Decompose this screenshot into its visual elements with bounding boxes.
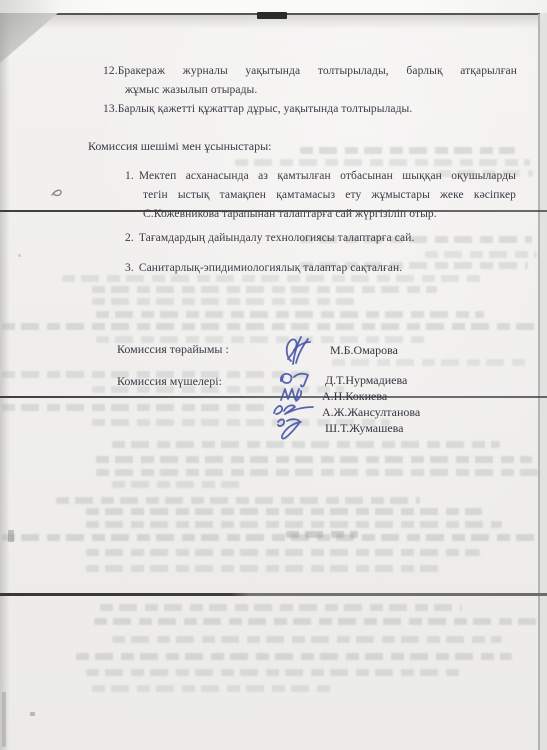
- item-13-number: 13.: [103, 103, 118, 115]
- decision-2-line: 2.Тағамдардың дайындалу технологиясы тал…: [125, 229, 516, 248]
- bleed-through-line: [76, 653, 512, 660]
- members-label: Комиссия мүшелері:: [117, 374, 222, 389]
- bleed-through-line: [86, 565, 442, 572]
- scan-speck: [30, 712, 35, 716]
- bleed-through-line: [100, 604, 462, 611]
- bleed-through-line: [112, 481, 240, 488]
- horizontal-rule-2: [0, 396, 547, 398]
- member-name-4: Ш.Т.Жумашева: [325, 421, 403, 436]
- item-12-text: Бракераж журналы уақытында толтырылады, …: [118, 65, 517, 77]
- bleed-through-line: [96, 456, 532, 463]
- horizontal-rule-3: [0, 593, 547, 596]
- bleed-through-line: [56, 497, 420, 504]
- decision-1-number: 1.: [125, 170, 134, 182]
- page-right-edge-line: [538, 14, 540, 750]
- decision-1-line-3: С.Кожевникова тарапынан талаптарға сай ж…: [125, 205, 516, 224]
- page-left-edge-shadow: [0, 13, 10, 750]
- decision-2-number: 2.: [125, 232, 134, 244]
- chair-name: М.Б.Омарова: [330, 343, 398, 358]
- item-12-number: 12.: [103, 65, 118, 77]
- bleed-through-line: [92, 685, 332, 692]
- item-12-line-1: 12.Бракераж журналы уақытында толтырылад…: [103, 62, 517, 81]
- bleed-through-line: [332, 359, 528, 366]
- bleed-through-line: [112, 636, 502, 643]
- decision-2-text: Тағамдардың дайындалу технологиясы талап…: [139, 232, 415, 244]
- decision-list: 1.Мектеп асханасында аз қамтылған отбасы…: [125, 167, 516, 278]
- bleed-through-line: [96, 311, 484, 318]
- item-13-line: 13.Барлық қажетті құжаттар дұрыс, уақыты…: [103, 100, 517, 119]
- chair-signature: [281, 330, 317, 373]
- decision-3-number: 3.: [125, 262, 134, 274]
- decision-3-line: 3.Санитарлық-эпидимиологиялық талаптар с…: [125, 259, 516, 278]
- bleed-through-line: [92, 286, 437, 293]
- bleed-through-line: [86, 508, 482, 515]
- bleed-through-line: [235, 159, 530, 166]
- scanned-document-page: 12.Бракераж журналы уақытында толтырылад…: [0, 0, 547, 750]
- scan-speck: [2, 692, 6, 747]
- member-name-3: А.Ж.Жансултанова: [322, 405, 420, 420]
- scanner-right-strip: [540, 13, 547, 750]
- bleed-through-line: [92, 298, 354, 305]
- bleed-through-line: [96, 469, 538, 476]
- member-name-2: А.Н.Кокиева: [322, 389, 387, 404]
- decision-1-line-2: тегін ыстық тамақпен қамтамасыз ету жұмы…: [125, 186, 516, 205]
- bleed-through-line: [286, 531, 358, 538]
- bleed-through-line: [86, 521, 502, 528]
- member-signature-4: [274, 414, 310, 445]
- bleed-through-line: [2, 534, 540, 541]
- decision-1-line-1: 1.Мектеп асханасында аз қамтылған отбасы…: [125, 167, 516, 186]
- bleed-through-line: [2, 323, 538, 330]
- scan-speck: [18, 254, 21, 257]
- binder-mark: [257, 12, 287, 19]
- chair-label: Комиссия төрайымы :: [117, 342, 229, 357]
- bleed-through-line: [86, 669, 462, 676]
- bleed-through-line: [2, 404, 268, 411]
- decision-3-text: Санитарлық-эпидимиологиялық талаптар сақ…: [139, 262, 402, 274]
- bleed-through-line: [86, 549, 480, 556]
- commission-decision-heading: Комиссия шешімі мен ұсыныстары:: [88, 139, 272, 154]
- item-13-text: Барлық қажетті құжаттар дұрыс, уақытында…: [118, 103, 413, 115]
- bleed-through-line: [300, 147, 515, 154]
- member-name-1: Д.Т.Нурмадиева: [325, 373, 407, 388]
- bleed-through-line: [94, 618, 540, 625]
- report-items-12-13: 12.Бракераж журналы уақытында толтырылад…: [103, 62, 517, 119]
- item-12-line-2: жұмыс жазылып отырады.: [103, 81, 517, 100]
- margin-pen-mark: [50, 185, 64, 203]
- decision-1-text: Мектеп асханасында аз қамтылған отбасына…: [139, 170, 516, 182]
- scan-speck: [8, 530, 14, 542]
